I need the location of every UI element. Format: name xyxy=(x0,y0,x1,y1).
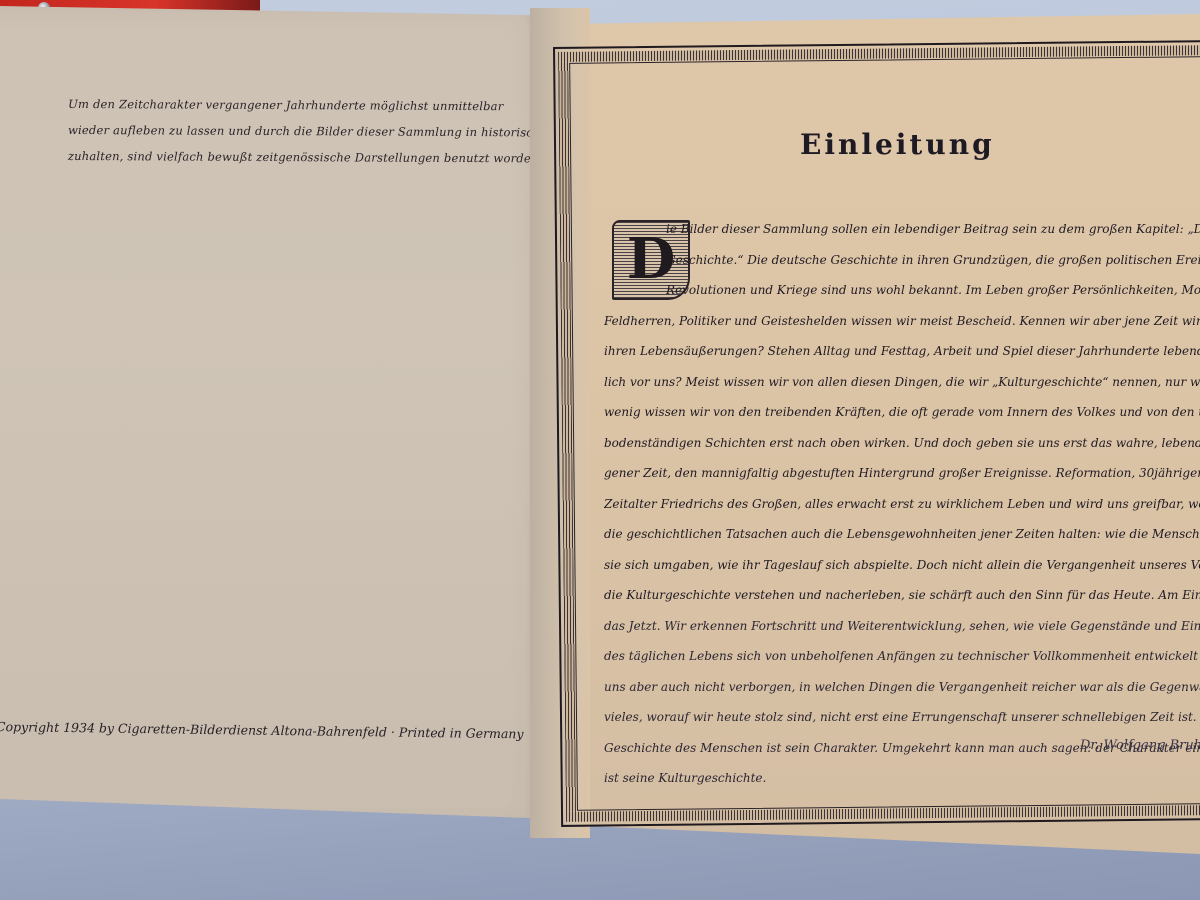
text-line: bodenständigen Schichten erst nach oben … xyxy=(604,428,1200,459)
text-line: des täglichen Lebens sich von unbeholfen… xyxy=(604,641,1200,672)
text-line: die geschichtlichen Tatsachen auch die L… xyxy=(604,519,1200,550)
note-line: wieder aufleben zu lassen und durch die … xyxy=(68,117,468,145)
text-line: Geschichte.“ Die deutsche Geschichte in … xyxy=(604,245,1200,276)
text-line: Revolutionen und Kriege sind uns wohl be… xyxy=(604,275,1200,306)
author-signature: Dr. Wolfgang Bruhn xyxy=(1080,738,1200,753)
page-title: Einleitung xyxy=(800,128,980,161)
text-line: uns aber auch nicht verborgen, in welche… xyxy=(604,672,1200,703)
text-line: sie sich umgaben, wie ihr Tageslauf sich… xyxy=(604,550,1200,581)
text-line: die Kulturgeschichte verstehen und nache… xyxy=(604,580,1200,611)
text-line: wenig wissen wir von den treibenden Kräf… xyxy=(604,397,1200,428)
text-line: lich vor uns? Meist wissen wir von allen… xyxy=(604,367,1200,398)
text-line: ihren Lebensäußerungen? Stehen Alltag un… xyxy=(604,336,1200,367)
text-line: gener Zeit, den mannigfaltig abgestuften… xyxy=(604,458,1200,489)
text-line: ist seine Kulturgeschichte. xyxy=(604,763,1200,794)
note-line: Um den Zeitcharakter vergangener Jahrhun… xyxy=(68,91,468,119)
text-line: das Jetzt. Wir erkennen Fortschritt und … xyxy=(604,611,1200,642)
note-line: zuhalten, sind vielfach bewußt zeitgenös… xyxy=(68,143,468,171)
introduction-text: ie Bilder dieser Sammlung sollen ein leb… xyxy=(604,214,1200,794)
text-line: vieles, worauf wir heute stolz sind, nic… xyxy=(604,702,1200,733)
text-line: Zeitalter Friedrichs des Großen, alles e… xyxy=(604,489,1200,520)
text-line: ie Bilder dieser Sammlung sollen ein leb… xyxy=(604,214,1200,245)
text-line: Feldherren, Politiker und Geisteshelden … xyxy=(604,306,1200,337)
left-page-note: Um den Zeitcharakter vergangener Jahrhun… xyxy=(68,91,468,171)
